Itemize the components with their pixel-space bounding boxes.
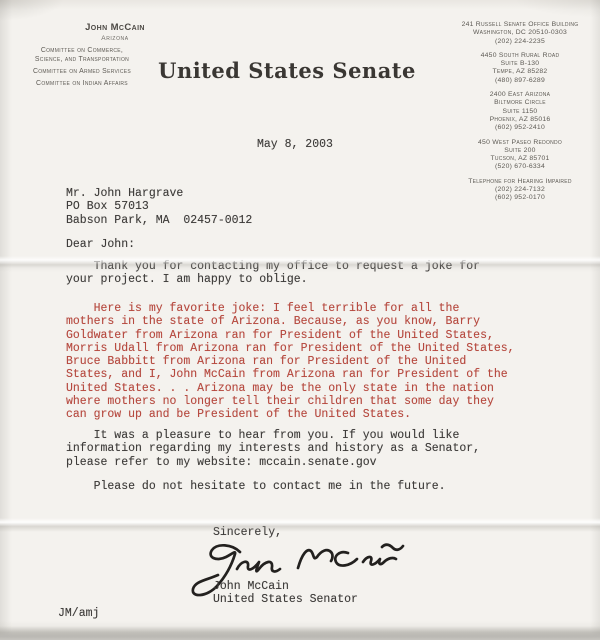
typed-signature-block: John McCain United States Senator <box>213 580 358 607</box>
committee-indian-affairs: Committee on Indian Affairs <box>20 80 144 89</box>
paragraph-joke: Here is my favorite joke: I feel terribl… <box>66 302 515 422</box>
letterhead-sender-block: John McCain Arizona <box>55 22 175 42</box>
office-hearing-impaired: Telephone for Hearing Impaired (202) 224… <box>430 178 600 203</box>
office-address-washington: 241 Russell Senate Office Building Washi… <box>430 21 600 46</box>
letter-date: May 8, 2003 <box>257 138 333 151</box>
letterhead-offices: 241 Russell Senate Office Building Washi… <box>430 21 600 209</box>
committee-commerce: Committee on Commerce, Science, and Tran… <box>20 47 144 64</box>
committee-armed-services: Committee on Armed Services <box>20 68 144 77</box>
paragraph-contact: Please do not hesitate to contact me in … <box>66 480 446 493</box>
paragraph-thanks: Thank you for contacting my office to re… <box>66 260 480 287</box>
closing: Sincerely, <box>213 526 282 539</box>
sender-state: Arizona <box>55 35 175 42</box>
letterhead-committees: Committee on Commerce, Science, and Tran… <box>20 47 144 92</box>
office-address-tucson: 450 West Paseo Redondo Suite 200 Tucson,… <box>430 139 600 172</box>
senate-masthead-title: United States Senate <box>147 58 427 83</box>
salutation: Dear John: <box>66 238 135 251</box>
office-address-tempe: 4450 South Rural Road Suite B-130 Tempe,… <box>430 52 600 85</box>
office-address-phoenix: 2400 East Arizona Biltmore Circle Suite … <box>430 91 600 132</box>
scan-bottom-edge <box>0 626 600 640</box>
recipient-address: Mr. John Hargrave PO Box 57013 Babson Pa… <box>66 187 252 227</box>
paragraph-website: It was a pleasure to hear from you. If y… <box>66 429 480 469</box>
scan-crease-lower <box>0 518 600 532</box>
reference-initials: JM/amj <box>58 607 99 620</box>
sender-name: John McCain <box>55 22 175 33</box>
scanned-letter-page: John McCain Arizona Committee on Commerc… <box>0 0 600 640</box>
